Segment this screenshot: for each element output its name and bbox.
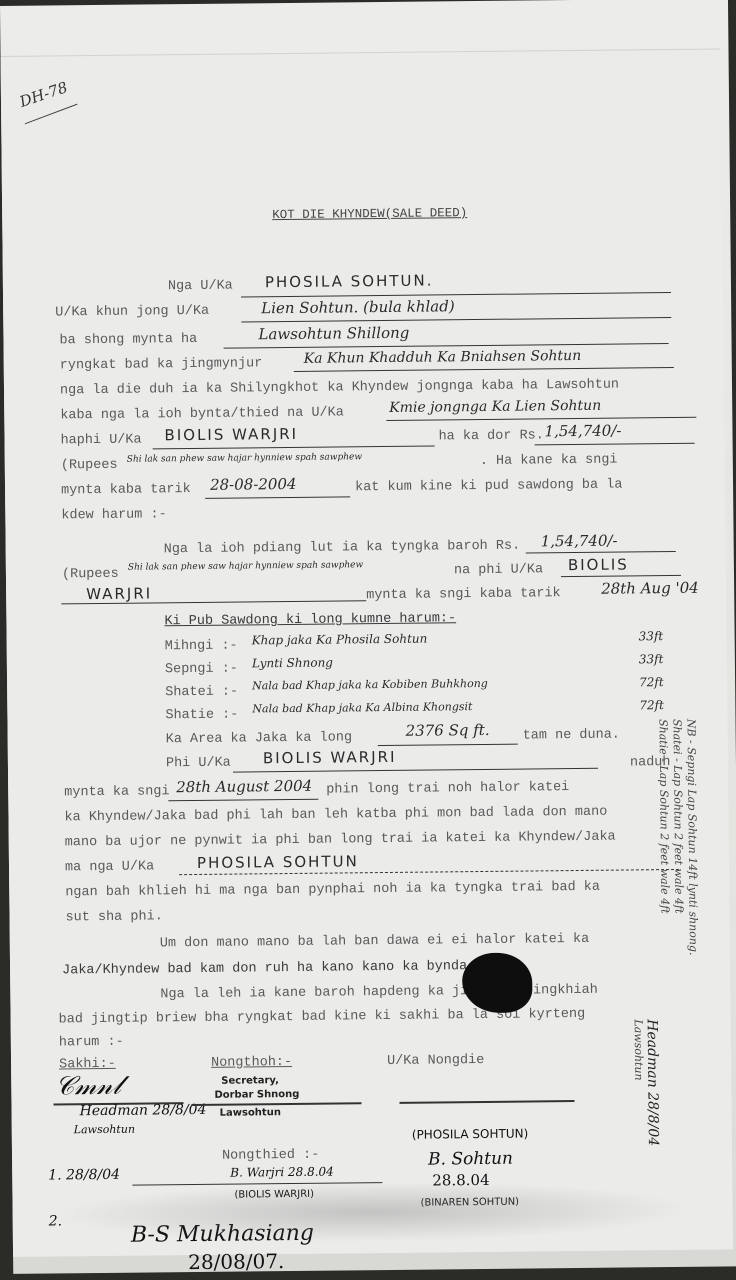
buyer-name: BIOLIS WARJRI <box>164 425 298 444</box>
boundary-description: Lynti Shnong <box>252 656 333 671</box>
transferee-name: BIOLIS WARJRI <box>263 748 397 767</box>
parent-name: Lien Sohtun. (bula khlad) <box>261 297 455 317</box>
document-page: DH-78 KOT DIE KHYNDEW(SALE DEED) Nga U/K… <box>0 0 736 1274</box>
stamp-secretary: Secretary, <box>221 1075 279 1087</box>
residence-label: ba shong mynta ha <box>59 332 197 348</box>
residence-value: Lawsohtun Shillong <box>258 324 409 344</box>
margin-note: NB - Sepngi Lap Sohtun 14ft lynti shnong… <box>628 719 702 1147</box>
buyer-name: BIOLIS <box>568 555 629 574</box>
boundary-size: 33ft <box>639 652 664 666</box>
transferee-label: Phi U/Ka <box>166 756 231 772</box>
buyer-surname: WARJRI <box>86 584 152 603</box>
acquired-label: kaba nga la ioh bynta/thied na U/Ka <box>60 405 344 423</box>
boundary-size: 72ft <box>639 675 664 689</box>
seller-name: PHOSILA SOHTUN. <box>265 271 434 291</box>
boundary-description: Nala bad Khap jaka Ka Albina Khongsit <box>252 700 472 715</box>
text-line: tam ne duna. <box>523 728 620 744</box>
stamp-place: Lawsohtun <box>220 1107 281 1119</box>
seller-name: PHOSILA SOHTUN <box>197 852 359 872</box>
headman-place: Lawsohtun <box>74 1123 135 1137</box>
witness-1-signature: 1. 28/8/04 <box>48 1167 120 1184</box>
deed-date: 28-08-2004 <box>210 475 297 494</box>
witness-2-date: 28/08/07. <box>188 1249 284 1274</box>
boundary-description: Khap jaka Ka Phosila Sohtun <box>252 632 428 648</box>
headman-signature: 𝒞𝓂𝓃𝓁 <box>55 1071 121 1103</box>
price-amount: 1,54,740/- <box>544 422 621 441</box>
transfer-date: 28th August 2004 <box>176 777 312 796</box>
stamp-dorbar: Dorbar Shnong <box>214 1089 299 1101</box>
buyer-signature: B. Warjri 28.8.04 <box>230 1165 334 1180</box>
right-signature: B. Sohtun <box>428 1149 513 1170</box>
boundary-size: 33ft <box>639 629 664 643</box>
boundary-direction: Sepngi :- <box>165 662 238 678</box>
margin-signature: Headman 28/8/04 <box>645 1019 660 1146</box>
buyer-label: haphi U/Ka <box>60 433 141 449</box>
boundary-description: Nala bad Khap jaka ka Kobiben Buhkhong <box>252 677 488 692</box>
seller-label: Nga U/Ka <box>168 279 233 295</box>
headman-sign-date: Headman 28/8/04 <box>79 1102 206 1119</box>
payment-date: 28th Aug '04 <box>601 579 699 598</box>
buyer-sign-label: Nongthied :- <box>222 1148 319 1164</box>
date-label: mynta kaba tarik <box>61 482 191 498</box>
text-line: phin long trai noh halor katei <box>326 780 569 798</box>
boundaries-list: Mihngi :- Khap jaka Ka Phosila Sohtun 33… <box>0 0 728 6</box>
price-label: ha ka dor Rs. <box>438 428 543 444</box>
acquired-from: Kmie jongnga Ka Lien Sohtun <box>389 398 601 416</box>
boundary-direction: Shatei :- <box>165 685 238 701</box>
scan-smudge <box>52 1179 693 1246</box>
seller-label: ma nga U/Ka <box>65 859 154 875</box>
consent-value: Ka Khun Khadduh Ka Bniahsen Sohtun <box>304 348 582 367</box>
payment-amount: 1,54,740/- <box>541 532 618 551</box>
boundary-direction: Shatie :- <box>165 708 238 724</box>
text-line: sut sha phi. <box>65 909 162 925</box>
text-line: harum :- <box>59 1035 124 1051</box>
boundary-direction: Mihngi :- <box>165 639 238 655</box>
rupees-label: (Rupees <box>61 458 118 474</box>
boundaries-heading: Ki Pub Sawdong ki long kumne harum:- <box>164 611 456 629</box>
boundary-size: 72ft <box>639 698 664 712</box>
area-value: 2376 Sq ft. <box>406 721 490 740</box>
text-line: mynta ka sngi kaba tarik <box>366 586 561 603</box>
child-of-label: U/Ka khun jong U/Ka <box>55 304 209 321</box>
text-line: na phi U/Ka <box>454 562 543 578</box>
transfer-date-label: mynta ka sngi <box>64 784 169 800</box>
seller-sign-label: U/Ka Nongdie <box>387 1053 484 1069</box>
area-label: Ka Area ka Jaka ka long <box>166 730 352 747</box>
scribe-label: Nongthoh:- <box>211 1055 292 1071</box>
deed-title: KOT DIE KHYNDEW(SALE DEED) <box>272 206 467 222</box>
text-line: . Ha kane ka sngi <box>480 453 618 469</box>
text-line: kdew harum :- <box>61 507 166 523</box>
rupees-label: (Rupees <box>62 567 119 583</box>
consent-label: ryngkat bad ka jingmynjur <box>60 356 263 373</box>
text-line: kat kum kine ki pud sawdong ba la <box>355 478 622 496</box>
seller-sign-name: (PHOSILA SOHTUN) <box>412 1127 529 1142</box>
